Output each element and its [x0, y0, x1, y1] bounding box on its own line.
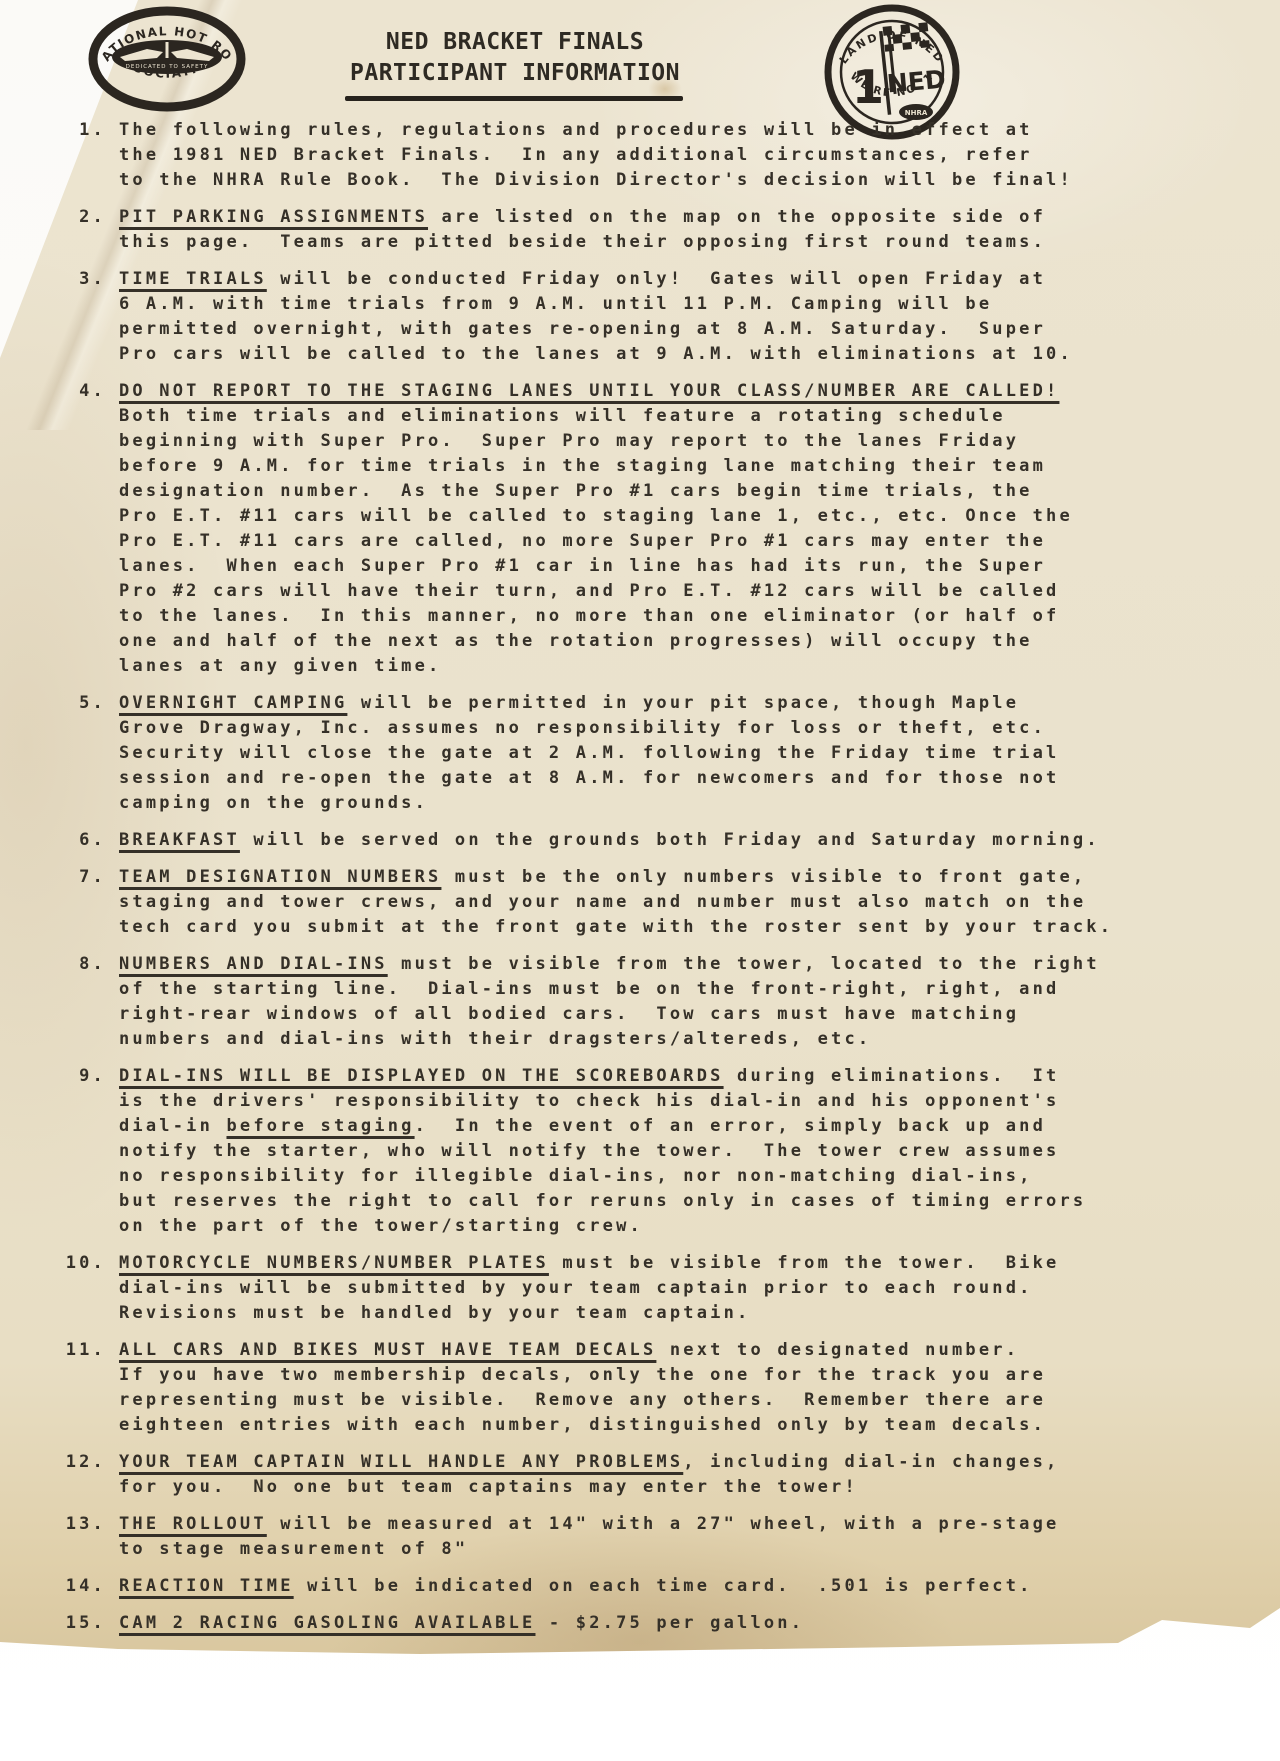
item-number: 9. — [62, 1064, 106, 1239]
list-item: 12.YOUR TEAM CAPTAIN WILL HANDLE ANY PRO… — [62, 1450, 1167, 1500]
list-item: 9.DIAL-INS WILL BE DISPLAYED ON THE SCOR… — [62, 1064, 1167, 1239]
item-underlined-phrase: BREAKFAST — [119, 830, 240, 850]
list-item: 14.REACTION TIME will be indicated on ea… — [62, 1574, 1167, 1599]
item-underlined-phrase: ALL CARS AND BIKES MUST HAVE TEAM DECALS — [119, 1340, 656, 1360]
list-item: 7.TEAM DESIGNATION NUMBERS must be the o… — [62, 865, 1167, 940]
list-item: 2.PIT PARKING ASSIGNMENTS are listed on … — [62, 205, 1167, 255]
item-text: REACTION TIME will be indicated on each … — [119, 1574, 1167, 1599]
ned-name-text: NED — [886, 65, 947, 99]
item-underlined-phrase: CAM 2 RACING GASOLING AVAILABLE — [119, 1613, 535, 1633]
list-item: 8.NUMBERS AND DIAL-INS must be visible f… — [62, 952, 1167, 1052]
item-number: 5. — [62, 691, 106, 816]
title-line-1: NED BRACKET FINALS — [386, 29, 644, 55]
item-text-segment: - $2.75 per gallon. — [535, 1613, 804, 1633]
item-underlined-phrase: PIT PARKING ASSIGNMENTS — [119, 207, 428, 227]
item-underlined-phrase: before staging — [226, 1116, 414, 1136]
item-text-segment: will be served on the grounds both Frida… — [240, 830, 1100, 850]
item-text: THE ROLLOUT will be measured at 14" with… — [119, 1512, 1167, 1562]
item-number: 12. — [62, 1450, 106, 1500]
nhra-center-divider — [166, 42, 169, 58]
item-underlined-phrase: OVERNIGHT CAMPING — [119, 693, 347, 713]
item-number: 3. — [62, 267, 106, 367]
rules-list: 1.The following rules, regulations and p… — [62, 118, 1167, 1648]
page-title: NED BRACKET FINALS PARTICIPANT INFORMATI… — [320, 27, 710, 89]
item-number: 8. — [62, 952, 106, 1052]
item-text: TIME TRIALS will be conducted Friday onl… — [119, 267, 1167, 367]
nhra-logo: NATIONAL HOT ROD ASSOCIATION DEDICATED T… — [86, 6, 248, 112]
list-item: 15.CAM 2 RACING GASOLING AVAILABLE - $2.… — [62, 1611, 1167, 1636]
item-underlined-phrase: TEAM DESIGNATION NUMBERS — [119, 867, 441, 887]
item-number: 15. — [62, 1611, 106, 1636]
item-number: 13. — [62, 1512, 106, 1562]
item-underlined-phrase: DIAL-INS WILL BE DISPLAYED ON THE SCOREB… — [119, 1066, 724, 1086]
nhra-motto-text: DEDICATED TO SAFETY — [126, 64, 209, 70]
list-item: 5.OVERNIGHT CAMPING will be permitted in… — [62, 691, 1167, 816]
item-number: 10. — [62, 1251, 106, 1326]
item-number: 2. — [62, 205, 106, 255]
item-underlined-phrase: REACTION TIME — [119, 1576, 294, 1596]
item-underlined-phrase: YOUR TEAM CAPTAIN WILL HANDLE ANY PROBLE… — [119, 1452, 683, 1472]
item-underlined-phrase: DO NOT REPORT TO THE STAGING LANES UNTIL… — [119, 381, 1059, 401]
item-text: TEAM DESIGNATION NUMBERS must be the onl… — [119, 865, 1167, 940]
list-item: 3.TIME TRIALS will be conducted Friday o… — [62, 267, 1167, 367]
item-text: DO NOT REPORT TO THE STAGING LANES UNTIL… — [119, 379, 1167, 679]
item-text: PIT PARKING ASSIGNMENTS are listed on th… — [119, 205, 1167, 255]
list-item: 13.THE ROLLOUT will be measured at 14" w… — [62, 1512, 1167, 1562]
item-text: YOUR TEAM CAPTAIN WILL HANDLE ANY PROBLE… — [119, 1450, 1167, 1500]
title-underline — [345, 96, 683, 101]
list-item: 1.The following rules, regulations and p… — [62, 118, 1167, 193]
scanned-page: NATIONAL HOT ROD ASSOCIATION DEDICATED T… — [0, 0, 1280, 1761]
title-line-2: PARTICIPANT INFORMATION — [350, 60, 680, 86]
item-text: DIAL-INS WILL BE DISPLAYED ON THE SCOREB… — [119, 1064, 1167, 1239]
item-text: NUMBERS AND DIAL-INS must be visible fro… — [119, 952, 1167, 1052]
item-number: 11. — [62, 1338, 106, 1438]
item-text-segment: The following rules, regulations and pro… — [119, 120, 1073, 190]
item-text: The following rules, regulations and pro… — [119, 118, 1167, 193]
item-text: CAM 2 RACING GASOLING AVAILABLE - $2.75 … — [119, 1611, 1167, 1636]
list-item: 11.ALL CARS AND BIKES MUST HAVE TEAM DEC… — [62, 1338, 1167, 1438]
item-text: ALL CARS AND BIKES MUST HAVE TEAM DECALS… — [119, 1338, 1167, 1438]
item-underlined-phrase: NUMBERS AND DIAL-INS — [119, 954, 388, 974]
ned-big-number: 1 — [852, 60, 884, 114]
ned-small-oval-text: NHRA — [905, 109, 928, 117]
item-number: 4. — [62, 379, 106, 679]
item-underlined-phrase: THE ROLLOUT — [119, 1514, 267, 1534]
item-number: 7. — [62, 865, 106, 940]
item-text: BREAKFAST will be served on the grounds … — [119, 828, 1167, 853]
item-text-segment: Both time trials and eliminations will f… — [119, 406, 1073, 676]
list-item: 6.BREAKFAST will be served on the ground… — [62, 828, 1167, 853]
item-text: OVERNIGHT CAMPING will be permitted in y… — [119, 691, 1167, 816]
list-item: 10.MOTORCYCLE NUMBERS/NUMBER PLATES must… — [62, 1251, 1167, 1326]
item-underlined-phrase: MOTORCYCLE NUMBERS/NUMBER PLATES — [119, 1253, 549, 1273]
item-number: 6. — [62, 828, 106, 853]
item-underlined-phrase: TIME TRIALS — [119, 269, 267, 289]
item-text-segment: will be indicated on each time card. .50… — [294, 1576, 1033, 1596]
item-number: 1. — [62, 118, 106, 193]
list-item: 4.DO NOT REPORT TO THE STAGING LANES UNT… — [62, 379, 1167, 679]
item-text: MOTORCYCLE NUMBERS/NUMBER PLATES must be… — [119, 1251, 1167, 1326]
item-number: 14. — [62, 1574, 106, 1599]
